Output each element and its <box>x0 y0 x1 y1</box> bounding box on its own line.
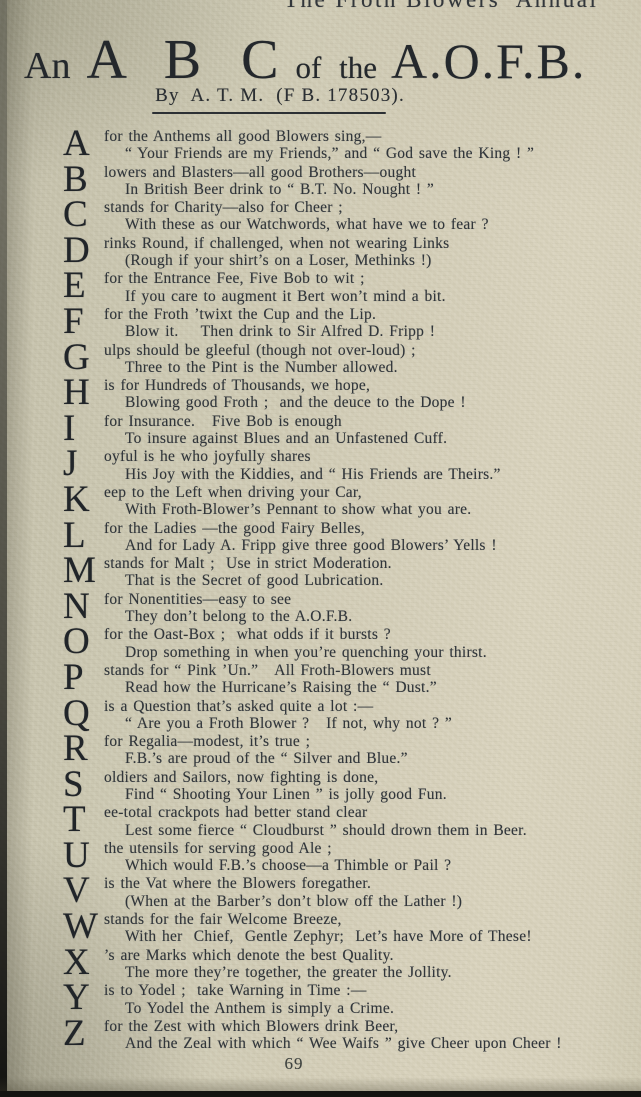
poem-couplet: for the Froth ’twixt the Cup and the Lip… <box>104 305 608 341</box>
poem-couplet: for Insurance. Five Bob is enough To ins… <box>104 412 608 448</box>
drop-cap-letter: I <box>63 412 104 448</box>
poem-couplet: for Regalia—modest, it’s true ; F.B.’s a… <box>104 732 608 768</box>
poem-couplet: for the Entrance Fee, Five Bob to wit ; … <box>104 269 608 305</box>
poem-entry: F for the Froth ’twixt the Cup and the L… <box>63 305 608 341</box>
poem-line-2: Blowing good Froth ; and the deuce to th… <box>104 394 608 411</box>
poem-entry: R for Regalia—modest, it’s true ; F.B.’s… <box>63 732 608 768</box>
drop-cap-letter: E <box>63 269 104 305</box>
poem-line-1: stands for Malt ; Use in strict Moderati… <box>104 555 608 572</box>
poem-line-1: is a Question that’s asked quite a lot :… <box>104 698 608 715</box>
poem-couplet: stands for Malt ; Use in strict Moderati… <box>104 554 608 590</box>
drop-cap-letter: S <box>63 768 104 804</box>
drop-cap-letter: X <box>63 946 104 982</box>
poem-entry: L for the Ladies —the good Fairy Belles,… <box>63 519 608 555</box>
drop-cap-letter: Q <box>63 697 104 733</box>
byline: By A. T. M. (F B. 178503). <box>0 85 560 107</box>
drop-cap-letter: N <box>63 590 104 626</box>
poem-line-2: The more they’re together, the greater t… <box>104 964 608 981</box>
title-word-an: An <box>24 44 70 88</box>
poem-entry: W stands for the fair Welcome Breeze, Wi… <box>63 910 608 946</box>
title-word-abc: A B C <box>86 28 291 92</box>
poem-line-2: His Joy with the Kiddies, and “ His Frie… <box>104 466 608 483</box>
drop-cap-letter: K <box>63 483 104 519</box>
poem-entry: J oyful is he who joyfully shares His Jo… <box>63 447 608 483</box>
byline-rule <box>152 112 386 114</box>
drop-cap-letter: J <box>63 447 104 483</box>
poem-couplet: stands for “ Pink ’Un.” All Froth-Blower… <box>104 661 608 697</box>
poem-line-1: for Insurance. Five Bob is enough <box>104 413 608 430</box>
page-left-edge <box>0 0 7 1097</box>
poem-line-1: lowers and Blasters—all good Brothers—ou… <box>104 164 608 181</box>
poem-couplet: is the Vat where the Blowers foregather.… <box>104 874 608 910</box>
poem-entry: U the utensils for serving good Ale ; Wh… <box>63 839 608 875</box>
drop-cap-letter: P <box>63 661 104 697</box>
poem-line-2: With her Chief, Gentle Zephyr; Let’s hav… <box>104 928 608 945</box>
poem-couplet: for the Zest with which Blowers drink Be… <box>104 1017 608 1053</box>
poem-entry: M stands for Malt ; Use in strict Modera… <box>63 554 608 590</box>
poem-entry: A for the Anthems all good Blowers sing,… <box>63 127 608 163</box>
poem-line-2: Lest some fierce “ Cloudburst ” should d… <box>104 822 608 839</box>
poem-couplet: is to Yodel ; take Warning in Time :— To… <box>104 981 608 1017</box>
page-bottom-shadow <box>0 1077 641 1091</box>
poem-entry: E for the Entrance Fee, Five Bob to wit … <box>63 269 608 305</box>
page-number: 69 <box>0 1054 588 1074</box>
poem-couplet: oyful is he who joyfully shares His Joy … <box>104 447 608 483</box>
poem-couplet: is for Hundreds of Thousands, we hope, B… <box>104 376 608 412</box>
poem-couplet: for the Ladies —the good Fairy Belles, A… <box>104 519 608 555</box>
poem-couplet: for the Anthems all good Blowers sing,— … <box>104 127 608 163</box>
poem-entry: Y is to Yodel ; take Warning in Time :— … <box>63 981 608 1017</box>
poem-entry: B lowers and Blasters—all good Brothers—… <box>63 163 608 199</box>
poem-entry: P stands for “ Pink ’Un.” All Froth-Blow… <box>63 661 608 697</box>
drop-cap-letter: D <box>63 234 104 270</box>
poem-line-2: F.B.’s are proud of the “ Silver and Blu… <box>104 750 608 767</box>
drop-cap-letter: Y <box>63 981 104 1017</box>
drop-cap-letter: O <box>63 625 104 661</box>
poem-entry: Q is a Question that’s asked quite a lot… <box>63 697 608 733</box>
title-word-of-the: of the <box>296 50 377 86</box>
poem-entry: H is for Hundreds of Thousands, we hope,… <box>63 376 608 412</box>
drop-cap-letter: H <box>63 376 104 412</box>
drop-cap-letter: T <box>63 803 104 839</box>
poem-line-2: If you care to augment it Bert won’t min… <box>104 288 608 305</box>
drop-cap-letter: A <box>63 127 104 163</box>
poem-couplet: lowers and Blasters—all good Brothers—ou… <box>104 163 608 199</box>
poem-line-1: stands for Charity—also for Cheer ; <box>104 199 608 216</box>
poem-line-2: They don’t belong to the A.O.F.B. <box>104 608 608 625</box>
poem-entry: X ’s are Marks which denote the best Qua… <box>63 946 608 982</box>
poem-line-2: Read how the Hurricane’s Raising the “ D… <box>104 679 608 696</box>
poem-line-2: In British Beer drink to “ B.T. No. Noug… <box>104 181 608 198</box>
poem-line-2: “ Your Friends are my Friends,” and “ Go… <box>104 145 608 162</box>
poem-entry: T ee-total crackpots had better stand cl… <box>63 803 608 839</box>
poem-line-1: ee-total crackpots had better stand clea… <box>104 804 608 821</box>
drop-cap-letter: U <box>63 839 104 875</box>
poem-line-1: is to Yodel ; take Warning in Time :— <box>104 982 608 999</box>
title-word-aofb: A.O.F.B. <box>391 32 586 90</box>
poem-line-2: (Rough if your shirt’s on a Loser, Methi… <box>104 252 608 269</box>
poem-line-1: for Regalia—modest, it’s true ; <box>104 733 608 750</box>
poem-line-1: stands for the fair Welcome Breeze, <box>104 911 608 928</box>
poem-line-1: for the Ladies —the good Fairy Belles, <box>104 520 608 537</box>
poem-line-1: the utensils for serving good Ale ; <box>104 840 608 857</box>
poem-line-2: (When at the Barber’s don’t blow off the… <box>104 893 608 910</box>
poem-entry: O for the Oast-Box ; what odds if it bur… <box>63 625 608 661</box>
abc-poem: A for the Anthems all good Blowers sing,… <box>63 127 608 1052</box>
poem-line-2: Blow it. Then drink to Sir Alfred D. Fri… <box>104 323 608 340</box>
poem-line-2: And for Lady A. Fripp give three good Bl… <box>104 537 608 554</box>
poem-entry: N for Nonentities—easy to see They don’t… <box>63 590 608 626</box>
poem-couplet: ee-total crackpots had better stand clea… <box>104 803 608 839</box>
poem-line-2: Find “ Shooting Your Linen ” is jolly go… <box>104 786 608 803</box>
poem-couplet: oldiers and Sailors, now fighting is don… <box>104 768 608 804</box>
page-title: An A B C of the A.O.F.B. <box>24 28 584 92</box>
poem-line-1: rinks Round, if challenged, when not wea… <box>104 235 608 252</box>
poem-line-2: With these as our Watchwords, what have … <box>104 216 608 233</box>
poem-line-1: is the Vat where the Blowers foregather. <box>104 875 608 892</box>
poem-line-1: for the Anthems all good Blowers sing,— <box>104 128 608 145</box>
drop-cap-letter: G <box>63 341 104 377</box>
poem-line-1: ’s are Marks which denote the best Quali… <box>104 947 608 964</box>
poem-entry: Z for the Zest with which Blowers drink … <box>63 1017 608 1053</box>
poem-line-2: Three to the Pint is the Number allowed. <box>104 359 608 376</box>
poem-line-2: Drop something in when you’re quenching … <box>104 644 608 661</box>
running-header: The Froth Blowers’ Annual <box>284 0 598 13</box>
poem-line-1: oyful is he who joyfully shares <box>104 448 608 465</box>
drop-cap-letter: C <box>63 198 104 234</box>
poem-line-1: stands for “ Pink ’Un.” All Froth-Blower… <box>104 662 608 679</box>
page-bottom-edge <box>0 1091 641 1097</box>
poem-couplet: stands for Charity—also for Cheer ; With… <box>104 198 608 234</box>
poem-line-1: for the Oast-Box ; what odds if it burst… <box>104 626 608 643</box>
drop-cap-letter: Z <box>63 1017 104 1053</box>
poem-couplet: is a Question that’s asked quite a lot :… <box>104 697 608 733</box>
drop-cap-letter: V <box>63 874 104 910</box>
poem-couplet: for the Oast-Box ; what odds if it burst… <box>104 625 608 661</box>
poem-couplet: ulps should be gleeful (though not over-… <box>104 341 608 377</box>
poem-line-2: Which would F.B.’s choose—a Thimble or P… <box>104 857 608 874</box>
poem-entry: D rinks Round, if challenged, when not w… <box>63 234 608 270</box>
drop-cap-letter: W <box>63 910 104 946</box>
poem-line-1: for the Entrance Fee, Five Bob to wit ; <box>104 270 608 287</box>
poem-line-2: And the Zeal with which “ Wee Waifs ” gi… <box>104 1035 608 1052</box>
poem-line-1: for Nonentities—easy to see <box>104 591 608 608</box>
poem-entry: G ulps should be gleeful (though not ove… <box>63 341 608 377</box>
poem-line-1: is for Hundreds of Thousands, we hope, <box>104 377 608 394</box>
drop-cap-letter: B <box>63 163 104 199</box>
poem-line-2: “ Are you a Froth Blower ? If not, why n… <box>104 715 608 732</box>
poem-line-2: With Froth-Blower’s Pennant to show what… <box>104 501 608 518</box>
poem-couplet: eep to the Left when driving your Car, W… <box>104 483 608 519</box>
poem-line-1: oldiers and Sailors, now fighting is don… <box>104 769 608 786</box>
poem-couplet: for Nonentities—easy to see They don’t b… <box>104 590 608 626</box>
poem-couplet: ’s are Marks which denote the best Quali… <box>104 946 608 982</box>
poem-line-2: To Yodel the Anthem is simply a Crime. <box>104 1000 608 1017</box>
poem-line-1: eep to the Left when driving your Car, <box>104 484 608 501</box>
poem-entry: C stands for Charity—also for Cheer ; Wi… <box>63 198 608 234</box>
poem-entry: S oldiers and Sailors, now fighting is d… <box>63 768 608 804</box>
poem-entry: V is the Vat where the Blowers foregathe… <box>63 874 608 910</box>
poem-couplet: stands for the fair Welcome Breeze, With… <box>104 910 608 946</box>
poem-line-2: That is the Secret of good Lubrication. <box>104 572 608 589</box>
drop-cap-letter: M <box>63 554 104 590</box>
drop-cap-letter: R <box>63 732 104 768</box>
poem-line-1: ulps should be gleeful (though not over-… <box>104 342 608 359</box>
poem-line-2: To insure against Blues and an Unfastene… <box>104 430 608 447</box>
poem-line-1: for the Froth ’twixt the Cup and the Lip… <box>104 306 608 323</box>
page-left-shadow <box>7 0 33 1097</box>
drop-cap-letter: L <box>63 519 104 555</box>
poem-line-1: for the Zest with which Blowers drink Be… <box>104 1018 608 1035</box>
poem-entry: I for Insurance. Five Bob is enough To i… <box>63 412 608 448</box>
poem-entry: K eep to the Left when driving your Car,… <box>63 483 608 519</box>
poem-couplet: the utensils for serving good Ale ; Whic… <box>104 839 608 875</box>
poem-couplet: rinks Round, if challenged, when not wea… <box>104 234 608 270</box>
drop-cap-letter: F <box>63 305 104 341</box>
